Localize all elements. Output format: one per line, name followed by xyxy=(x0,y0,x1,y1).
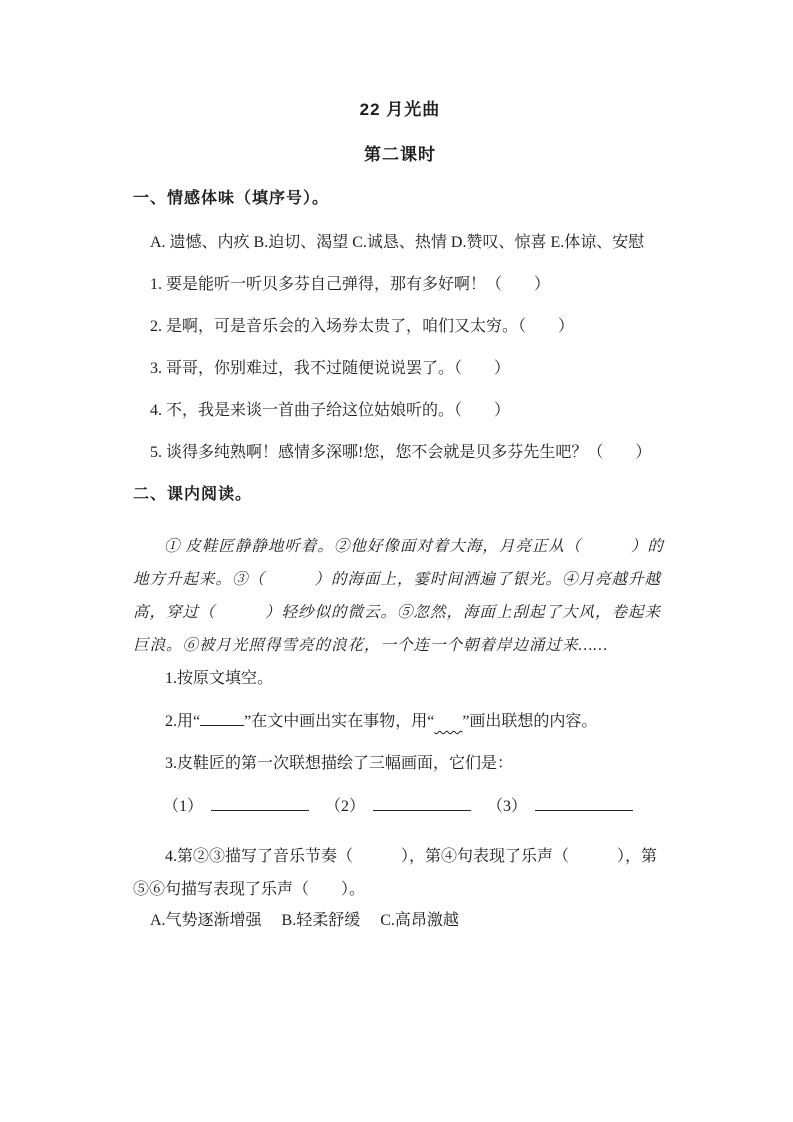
section-one-item-4: 4. 不，我是来谈一首曲子给这位姑娘听的。（ ） xyxy=(133,402,667,419)
answer-blank-line-1 xyxy=(211,797,309,811)
question-4: 4.第②③描写了音乐节奏（ ），第④句表现了乐声（ ），第⑤⑥句描写表现了乐声（… xyxy=(133,840,667,906)
question-3-blanks-row: （1）（2）（3） xyxy=(133,797,667,815)
section-one-item-5: 5. 谈得多纯熟啊！感情多深哪!您，您不会就是贝多芬先生吧？（ ） xyxy=(133,444,667,461)
question-2-text-end: ”画出联想的内容。 xyxy=(462,713,597,730)
reading-passage: ① 皮鞋匠静静地听着。②他好像面对着大海，月亮正从（ ）的地方升起来。③（ ）的… xyxy=(133,530,667,662)
answer-blank-line-3 xyxy=(535,797,633,811)
section-one-option-line: A. 遗憾、内疚 B.迫切、渴望 C.诚恳、热情 D.赞叹、惊喜 E.体谅、安慰 xyxy=(133,234,667,251)
worksheet-page: 22 月光曲 第二课时 一、情感体味（填序号）。 A. 遗憾、内疚 B.迫切、渴… xyxy=(0,0,793,1122)
question-2-text-start: 2.用“ xyxy=(165,713,200,730)
section-one-item-2: 2. 是啊，可是音乐会的入场券太贵了，咱们又太穷。（ ） xyxy=(133,318,667,335)
blank-label-3: （3） xyxy=(487,798,527,815)
section-one-item-3: 3. 哥哥，你别难过，我不过随便说说罢了。（ ） xyxy=(133,360,667,377)
question-4-options: A.气势逐渐增强 B.轻柔舒缓 C.高昂激越 xyxy=(133,912,667,929)
question-3: 3.皮鞋匠的第一次联想描绘了三幅画面，它们是： xyxy=(133,755,667,772)
blank-label-1: （1） xyxy=(163,798,203,815)
answer-blank-line-2 xyxy=(373,797,471,811)
solid-underline-blank xyxy=(200,712,244,726)
section-one-heading: 一、情感体味（填序号）。 xyxy=(133,190,667,208)
blank-label-2: （2） xyxy=(325,798,365,815)
section-two-heading: 二、课内阅读。 xyxy=(133,486,667,504)
worksheet-title: 22 月光曲 xyxy=(133,100,667,119)
worksheet-subtitle: 第二课时 xyxy=(133,145,667,164)
question-2-text-mid: ”在文中画出实在事物，用“ xyxy=(244,713,434,730)
question-1: 1.按原文填空。 xyxy=(133,670,667,687)
section-one-item-1: 1. 要是能听一听贝多芬自己弹得，那有多好啊！（ ） xyxy=(133,276,667,293)
worksheet-content: 22 月光曲 第二课时 一、情感体味（填序号）。 A. 遗憾、内疚 B.迫切、渴… xyxy=(133,100,667,954)
wavy-underline-blank xyxy=(434,713,462,730)
question-2: 2.用“”在文中画出实在事物，用“ ”画出联想的内容。 xyxy=(133,712,667,730)
